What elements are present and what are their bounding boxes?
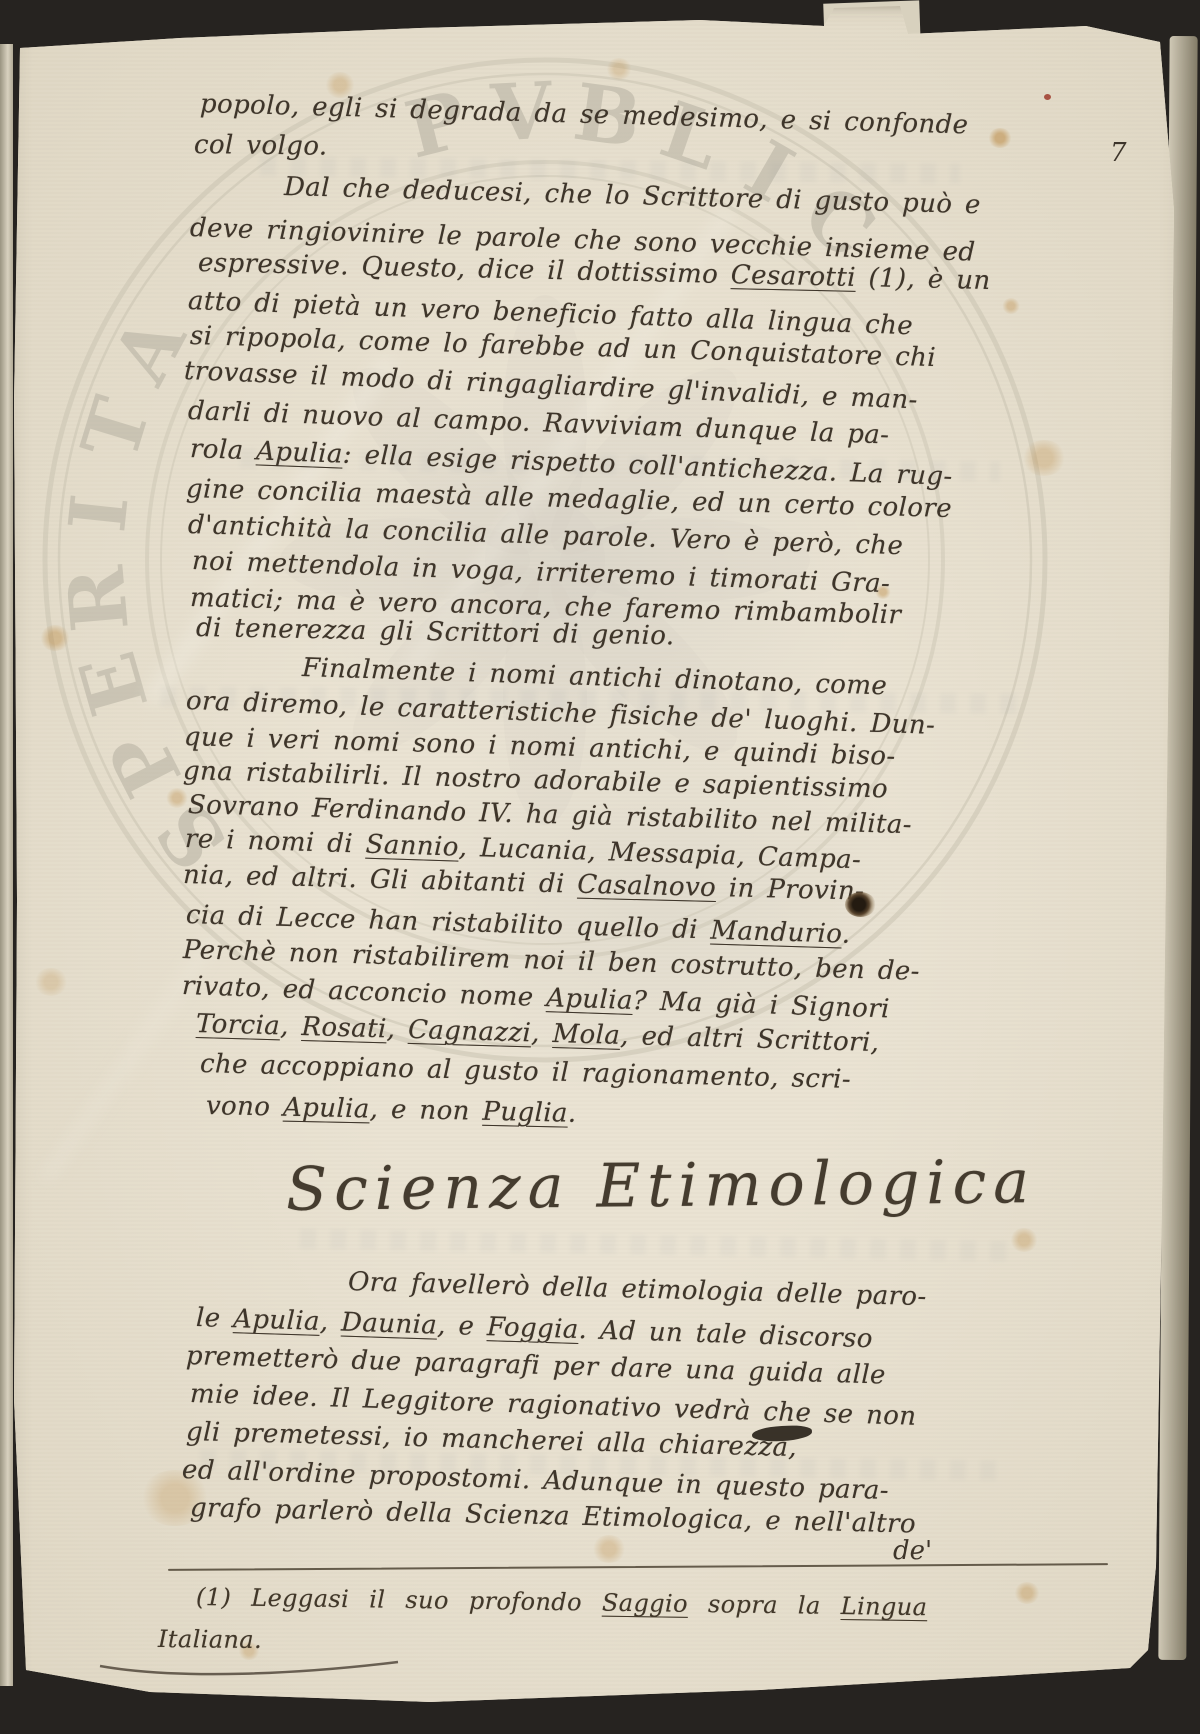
binding-gutter-edge [0,44,13,1686]
manuscript-page: P V B L I C S P E R I T A [0,0,1200,1734]
pen-flourish [0,0,1200,1734]
manuscript-scan: P V B L I C S P E R I T A [0,0,1200,1734]
